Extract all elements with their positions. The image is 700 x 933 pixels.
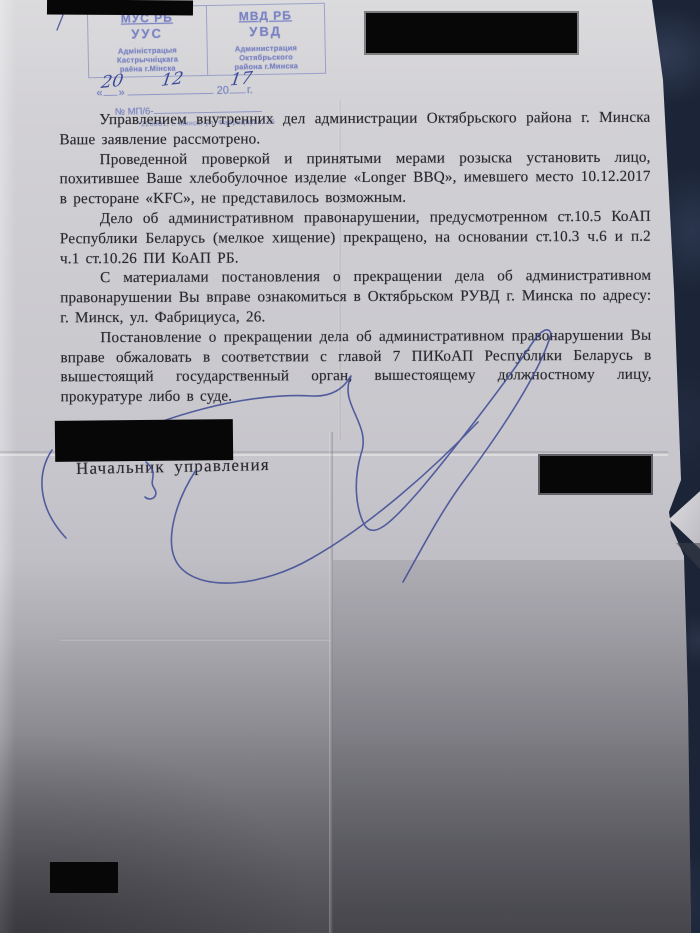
handwritten-year: 17 [228, 70, 252, 89]
paragraph-4: С материалами постановления о прекращени… [60, 266, 651, 328]
handwritten-day: 20 [100, 73, 124, 92]
paragraph-3: Дело об административном правонарушении,… [60, 207, 651, 269]
paragraph-2: Проведенной проверкой и принятыми мерами… [60, 147, 651, 209]
stamp-sub-right-3: района г.Минска [209, 61, 323, 72]
stamp-sub-right: Администрация Октябрьского района г.Минс… [209, 43, 323, 72]
paper-shadow-area [333, 560, 690, 933]
stamp-sub-left: Адміністрацыя Кастрычніцкага раёна г.Мін… [91, 45, 205, 74]
redaction-box-top-right [364, 11, 579, 55]
handwritten-month: 12 [160, 71, 184, 90]
date-day-blank: 20 [103, 84, 117, 96]
redaction-box-top-left [47, 0, 193, 16]
stamp-cell-left: МУС РБ УУС Адміністрацыя Кастрычніцкага … [88, 6, 207, 77]
redaction-box-signatory-name [55, 419, 233, 462]
date-month-blank: 12 [128, 82, 214, 96]
date-year-prefix: 20 [217, 85, 229, 97]
date-year-blank: 17 [229, 81, 245, 93]
stamp-unit-left: УУС [90, 25, 204, 42]
paragraph-5: Постановление о прекращении дела об адми… [60, 325, 651, 407]
stamp-cell-right: МВД РБ УВД Администрация Октябрьского ра… [205, 4, 325, 75]
stamp-org-right: МВД РБ [208, 8, 322, 24]
document-photo: МУС РБ УУС Адміністрацыя Кастрычніцкага … [0, 0, 700, 933]
paragraph-1: Управлением внутренних дел администрации… [59, 108, 650, 150]
redaction-box-bottom [50, 862, 118, 893]
letter-body: Управлением внутренних дел администрации… [59, 108, 651, 408]
stamp-date-line: «20»122017г. [88, 80, 326, 100]
minor-crease [60, 638, 330, 641]
redaction-box-signature-right [538, 454, 653, 495]
stamp-unit-right: УВД [209, 23, 323, 40]
